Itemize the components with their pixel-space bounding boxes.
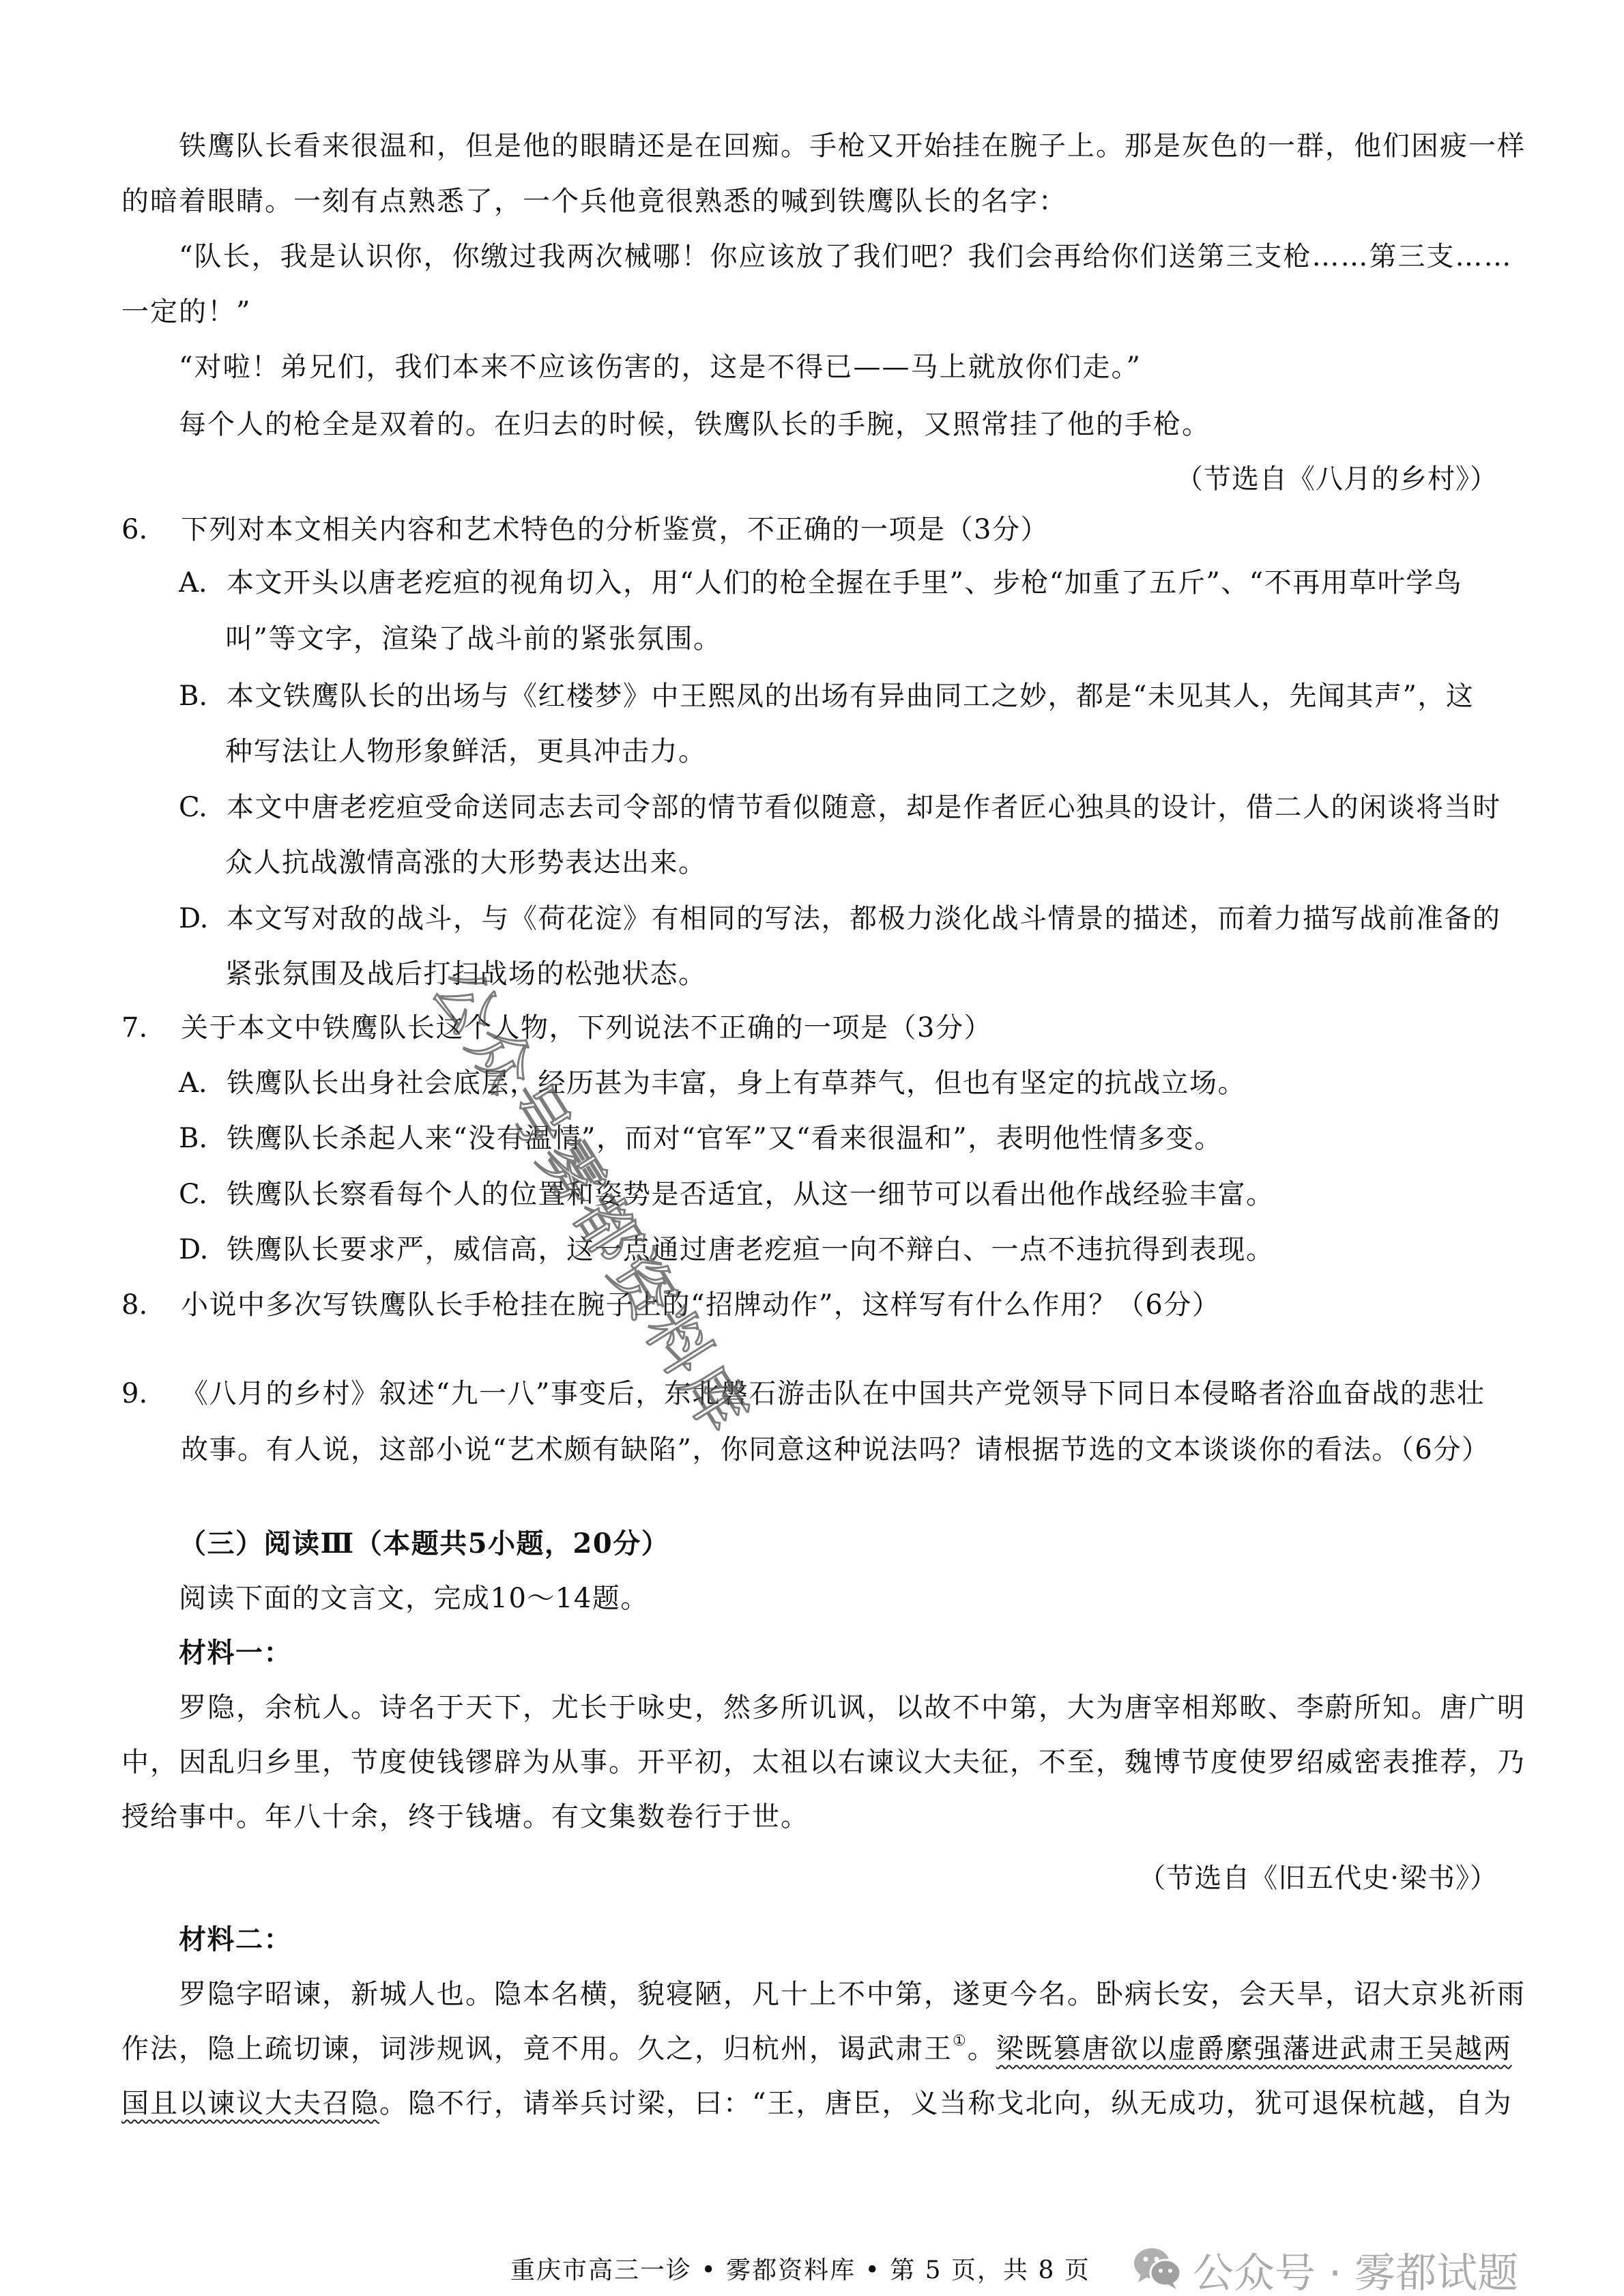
material-2-line-2-text: 作法，隐上疏切谏，词涉规讽，竟不用。久之，归杭州，谒武肃王: [121, 2033, 953, 2065]
q7-option-d: 铁鹰队长要求严，威信高，这一点通过唐老疙疸一向不辩白、一点不违抗得到表现。: [227, 1233, 1275, 1266]
passage-line-5: “对啦！弟兄们，我们本来不应该伤害的，这是不得已——马上就放你们走。”: [179, 351, 1142, 384]
section-3-instruction: 阅读下面的文言文，完成10～14题。: [179, 1582, 649, 1615]
passage-line-1: 铁鹰队长看来很温和，但是他的眼睛还是在回痴。手枪又开始挂在腕子上。那是灰色的一群…: [179, 130, 1526, 162]
material-2-line-2-period: 。: [968, 2033, 996, 2065]
page-footer: 重庆市高三一诊 • 雾都资料库 • 第 5 页，共 8 页: [510, 2256, 1090, 2286]
passage-line-6: 每个人的枪全是双着的。在归去的时候，铁鹰队长的手腕，又照常挂了他的手枪。: [179, 408, 1210, 441]
q7-option-c: 铁鹰队长察看每个人的位置和姿势是否适宜，从这一细节可以看出他作战经验丰富。: [227, 1178, 1275, 1211]
q6-option-b-line2: 种写法让人物形象鲜活，更具冲击力。: [225, 735, 707, 768]
material-1-line-2: 中，因乱归乡里，节度使钱镠辟为从事。开平初，太祖以右谏议大夫征，不至，魏博节度使…: [121, 1746, 1526, 1779]
material-1-title: 材料一：: [179, 1637, 292, 1669]
passage-line-2: 的暗着眼睛。一刻有点熟悉了，一个兵他竟很熟悉的喊到铁鹰队长的名字：: [121, 185, 1067, 218]
q6-option-c-line1: 本文中唐老疙疸受命送同志去司令部的情节看似随意，却是作者匠心独具的设计，借二人的…: [227, 791, 1501, 824]
material-1-line-1: 罗隐，余杭人。诗名于天下，尤长于咏史，然多所讥讽，以故不中第，大为唐宰相郑畋、李…: [179, 1691, 1526, 1724]
passage-attribution: （节选自《八月的乡村》）: [1176, 463, 1498, 496]
q7-option-d-label: D.: [179, 1233, 208, 1266]
q7-option-a-label: A.: [179, 1067, 207, 1100]
material-2-line-1: 罗隐字昭谏，新城人也。隐本名横，貌寝陋，凡十上不中第，遂更今名。卧病长安，会天旱…: [179, 1978, 1526, 2011]
material-1-attribution: （节选自《旧五代史·梁书》）: [1138, 1862, 1498, 1895]
underlined-sentence-part-1: 梁既篡唐欲以虚爵縻强藩进武肃王吴越两: [996, 2033, 1512, 2065]
question-9-number: 9.: [121, 1377, 147, 1410]
material-1-line-3: 授给事中。年八十余，终于钱塘。有文集数卷行于世。: [121, 1800, 809, 1833]
q6-option-a-line2: 叫”等文字，渲染了战斗前的紧张氛围。: [225, 622, 721, 655]
q6-option-c-line2: 众人抗战激情高涨的大形势表达出来。: [225, 846, 707, 879]
q6-option-d-label: D.: [179, 902, 208, 935]
q6-option-a-line1: 本文开头以唐老疙疸的视角切入，用“人们的枪全握在手里”、步枪“加重了五斤”、“不…: [227, 566, 1462, 599]
question-9-line1: 《八月的乡村》叙述“九一八”事变后，东北磐石游击队在中国共产党领导下同日本侵略者…: [181, 1377, 1485, 1410]
material-2-title: 材料二：: [179, 1923, 292, 1956]
q6-option-d-line2: 紧张氛围及战后打扫战场的松弛状态。: [225, 958, 707, 990]
q6-option-a-label: A.: [179, 566, 207, 599]
footnote-marker: ①: [953, 2033, 968, 2050]
passage-line-3: “队长，我是认识你，你缴过我两次械哪！你应该放了我们吧？我们会再给你们送第三支枪…: [179, 240, 1512, 273]
material-2-line-3-text: 。隐不行，请举兵讨梁，曰：“王，唐臣，义当称戈北向，纵无成功，犹可退保杭越，自为: [379, 2088, 1512, 2119]
question-6-stem: 下列对本文相关内容和艺术特色的分析鉴赏，不正确的一项是（3分）: [181, 513, 1049, 546]
wechat-icon: [1133, 2245, 1183, 2296]
q7-option-a: 铁鹰队长出身社会底层，经历甚为丰富，身上有草莽气，但也有坚定的抗战立场。: [227, 1067, 1246, 1100]
brand-text: 公众号 · 雾都试题: [1193, 2250, 1518, 2296]
section-3-heading: （三）阅读Ⅲ（本题共5小题，20分）: [179, 1527, 669, 1560]
question-8-number: 8.: [121, 1289, 147, 1321]
material-2-line-2: 作法，隐上疏切谏，词涉规讽，竟不用。久之，归杭州，谒武肃王①。梁既篡唐欲以虚爵縻…: [121, 2033, 1512, 2065]
q6-option-d-line1: 本文写对敌的战斗，与《荷花淀》有相同的写法，都极力淡化战斗情景的描述，而着力描写…: [227, 902, 1501, 935]
q7-option-b: 铁鹰队长杀起人来“没有温情”，而对“官军”又“看来很温和”，表明他性情多变。: [227, 1122, 1223, 1155]
question-7-number: 7.: [121, 1011, 147, 1044]
q7-option-b-label: B.: [179, 1122, 207, 1155]
q7-option-c-label: C.: [179, 1178, 207, 1211]
q6-option-b-line1: 本文铁鹰队长的出场与《红楼梦》中王熙凤的出场有异曲同工之妙，都是“未见其人，先闻…: [227, 680, 1474, 713]
material-2-line-3: 国且以谏议大夫召隐。隐不行，请举兵讨梁，曰：“王，唐臣，义当称戈北向，纵无成功，…: [121, 2087, 1512, 2120]
q6-option-b-label: B.: [179, 680, 207, 713]
question-7-stem: 关于本文中铁鹰队长这个人物，下列说法不正确的一项是（3分）: [181, 1011, 992, 1044]
q6-option-c-label: C.: [179, 791, 207, 824]
question-6-number: 6.: [121, 513, 147, 546]
wechat-brand-watermark: 公众号 · 雾都试题: [1133, 2245, 1518, 2296]
question-9-line2: 故事。有人说，这部小说“艺术颇有缺陷”，你同意这种说法吗？请根据节选的文本谈谈你…: [181, 1433, 1490, 1466]
underlined-sentence-part-2: 国且以谏议大夫召隐: [121, 2088, 379, 2119]
question-8-stem: 小说中多次写铁鹰队长手枪挂在腕子上的“招牌动作”，这样写有什么作用？（6分）: [181, 1289, 1220, 1321]
passage-line-4: 一定的！”: [121, 296, 251, 328]
